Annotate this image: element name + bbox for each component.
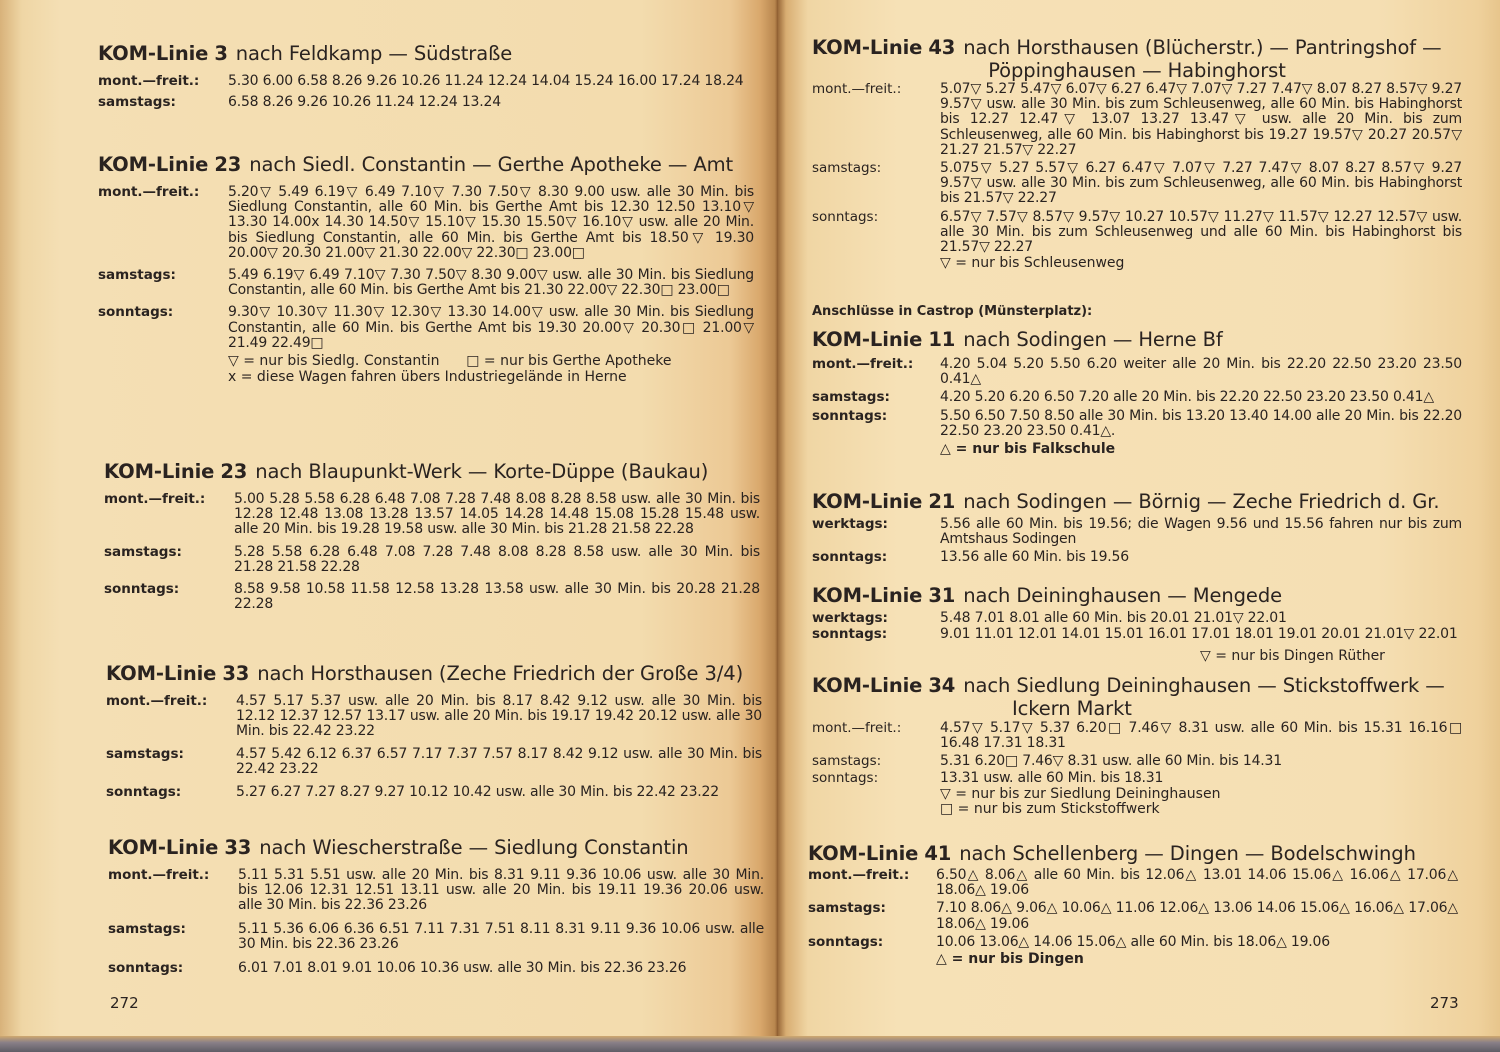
departure-times: 5.07▽ 5.27 5.47▽ 6.07▽ 6.27 6.47▽ 7.07▽ … xyxy=(940,82,1462,158)
departure-times: 5.31 6.20□ 7.46▽ 8.31 usw. alle 60 Min. … xyxy=(940,754,1462,769)
departure-times: 5.28 5.58 6.28 6.48 7.08 7.28 7.48 8.08 … xyxy=(234,545,760,575)
departure-times: 4.57 5.17 5.37 usw. alle 20 Min. bis 8.1… xyxy=(236,694,762,740)
day-label: sonntags: xyxy=(98,305,173,320)
route-title: KOM-Linie41nach Schellenberg — Dingen — … xyxy=(808,842,1458,865)
day-label: samstags: xyxy=(808,901,886,916)
day-label: mont.—freit.: xyxy=(812,82,901,97)
route-title: KOM-Linie33nach Horsthausen (Zeche Fried… xyxy=(106,662,762,685)
legend: ▽ = nur bis Schleusenweg xyxy=(940,256,1462,272)
day-label: werktags: xyxy=(812,611,888,626)
schedule-row: sonntags: 10.06 13.06△ 14.06 15.06△ alle… xyxy=(808,935,1458,950)
schedule-row: sonntags: 5.27 6.27 7.27 8.27 9.27 10.12… xyxy=(106,785,762,800)
legend-line: ▽ = nur bis zur Siedlung Deininghausen xyxy=(940,787,1462,802)
day-label: mont.—freit.: xyxy=(812,357,913,372)
departure-times: 5.20▽ 5.49 6.19▽ 6.49 7.10▽ 7.30 7.50▽ 8… xyxy=(228,185,754,261)
day-label: samstags: xyxy=(98,95,176,110)
schedule-row: samstags: 4.57 5.42 6.12 6.37 6.57 7.17 … xyxy=(106,747,762,777)
schedule-row: mont.—freit.: 5.30 6.00 6.58 8.26 9.26 1… xyxy=(98,74,754,89)
legend-line: △ = nur bis Falkschule xyxy=(940,442,1462,458)
schedule-row: samstags: 5.31 6.20□ 7.46▽ 8.31 usw. all… xyxy=(812,754,1462,769)
legend-line: ▽ = nur bis Dingen Rüther xyxy=(1200,648,1385,664)
section-heading: Anschlüsse in Castrop (Münsterplatz): xyxy=(812,304,1092,319)
departure-times: 7.10 8.06△ 9.06△ 10.06△ 11.06 12.06△ 13.… xyxy=(936,901,1458,931)
departure-times: 6.01 7.01 8.01 9.01 10.06 10.36 usw. all… xyxy=(238,961,764,976)
route-block: KOM-Linie33nach Wiescherstraße — Siedlun… xyxy=(108,836,764,976)
book-edge xyxy=(0,1036,1500,1052)
departure-times: 5.49 6.19▽ 6.49 7.10▽ 7.30 7.50▽ 8.30 9.… xyxy=(228,268,754,298)
departure-times: 5.11 5.36 6.06 6.36 6.51 7.11 7.31 7.51 … xyxy=(238,922,764,952)
day-label: mont.—freit.: xyxy=(104,492,205,507)
departure-times: 5.50 6.50 7.50 8.50 alle 30 Min. bis 13.… xyxy=(940,409,1462,439)
route-block: KOM-Linie23nach Siedl. Constantin — Gert… xyxy=(98,153,754,385)
route-title: KOM-Linie23nach Siedl. Constantin — Gert… xyxy=(98,153,754,176)
schedule-row: werktags: 5.48 7.01 8.01 alle 60 Min. bi… xyxy=(812,611,1462,626)
legend: △ = nur bis Falkschule xyxy=(940,442,1462,458)
schedule-row: mont.—freit.: 4.57 5.17 5.37 usw. alle 2… xyxy=(106,694,762,740)
departure-times: 9.30▽ 10.30▽ 11.30▽ 12.30▽ 13.30 14.00▽ … xyxy=(228,305,754,351)
day-label: sonntags: xyxy=(104,582,179,597)
schedule-row: samstags: 5.075▽ 5.27 5.57▽ 6.27 6.47▽ 7… xyxy=(812,161,1462,207)
route-title: KOM-Linie11nach Sodingen — Herne Bf xyxy=(812,328,1462,351)
route-title: KOM-Linie43nach Horsthausen (Blücherstr.… xyxy=(812,36,1462,82)
schedule-row: samstags: 5.11 5.36 6.06 6.36 6.51 7.11 … xyxy=(108,922,764,952)
day-label: sonntags: xyxy=(812,409,887,424)
day-label: mont.—freit.: xyxy=(108,868,209,883)
schedule-row: samstags: 4.20 5.20 6.20 6.50 7.20 alle … xyxy=(812,390,1462,405)
departure-times: 6.58 8.26 9.26 10.26 11.24 12.24 13.24 xyxy=(228,95,754,110)
day-label: sonntags: xyxy=(106,785,181,800)
day-label: mont.—freit.: xyxy=(808,868,909,883)
legend-line: ▽ = nur bis Siedlg. Constantin □ = nur b… xyxy=(228,354,754,370)
schedule-row: mont.—freit.: 5.00 5.28 5.58 6.28 6.48 7… xyxy=(104,492,760,538)
schedule-row: samstags: 6.58 8.26 9.26 10.26 11.24 12.… xyxy=(98,95,754,110)
day-label: werktags: xyxy=(812,517,888,532)
book-spread: KOM-Linie3nach Feldkamp — Südstraße mont… xyxy=(0,0,1500,1040)
day-label: sonntags: xyxy=(812,627,887,642)
schedule-row: samstags: 5.49 6.19▽ 6.49 7.10▽ 7.30 7.5… xyxy=(98,268,754,298)
day-label: sonntags: xyxy=(108,961,183,976)
departure-times: 6.57▽ 7.57▽ 8.57▽ 9.57▽ 10.27 10.57▽ 11.… xyxy=(940,210,1462,256)
legend-line: □ = nur bis zum Stickstoffwerk xyxy=(940,802,1462,817)
route-title: KOM-Linie3nach Feldkamp — Südstraße xyxy=(98,42,754,65)
departure-times: 5.48 7.01 8.01 alle 60 Min. bis 20.01 21… xyxy=(940,611,1462,626)
departure-times: 5.56 alle 60 Min. bis 19.56; die Wagen 9… xyxy=(940,517,1462,547)
route-block: KOM-Linie43nach Horsthausen (Blücherstr.… xyxy=(812,36,1462,272)
departure-times: 5.00 5.28 5.58 6.28 6.48 7.08 7.28 7.48 … xyxy=(234,492,760,538)
legend: △ = nur bis Dingen xyxy=(936,952,1458,968)
schedule-row: samstags: 7.10 8.06△ 9.06△ 10.06△ 11.06 … xyxy=(808,901,1458,931)
departure-times: 10.06 13.06△ 14.06 15.06△ alle 60 Min. b… xyxy=(936,935,1458,950)
departure-times: 4.57▽ 5.17▽ 5.37 6.20□ 7.46▽ 8.31 usw. a… xyxy=(940,721,1462,751)
route-title: KOM-Linie31nach Deininghausen — Mengede xyxy=(812,584,1462,607)
schedule-row: mont.—freit.: 6.50△ 8.06△ alle 60 Min. b… xyxy=(808,868,1458,898)
left-page: KOM-Linie3nach Feldkamp — Südstraße mont… xyxy=(0,0,778,1040)
page-number: 273 xyxy=(1430,994,1459,1012)
day-label: sonntags: xyxy=(812,210,878,225)
route-title: KOM-Linie34nach Siedlung Deininghausen —… xyxy=(812,674,1462,720)
schedule-row: sonntags: 5.50 6.50 7.50 8.50 alle 30 Mi… xyxy=(812,409,1462,439)
route-block: KOM-Linie21nach Sodingen — Börnig — Zech… xyxy=(812,490,1462,566)
day-label: samstags: xyxy=(104,545,182,560)
page-number: 272 xyxy=(110,994,139,1012)
route-title: KOM-Linie23nach Blaupunkt-Werk — Korte-D… xyxy=(104,460,760,483)
schedule-row: sonntags: 13.56 alle 60 Min. bis 19.56 xyxy=(812,550,1462,565)
day-label: samstags: xyxy=(812,390,890,405)
route-block: KOM-Linie34nach Siedlung Deininghausen —… xyxy=(812,674,1462,817)
schedule-row: mont.—freit.: 4.20 5.04 5.20 5.50 6.20 w… xyxy=(812,357,1462,387)
day-label: samstags: xyxy=(812,161,881,176)
route-block: KOM-Linie23nach Blaupunkt-Werk — Korte-D… xyxy=(104,460,760,612)
day-label: sonntags: xyxy=(812,550,887,565)
schedule-row: mont.—freit.: 5.11 5.31 5.51 usw. alle 2… xyxy=(108,868,764,914)
day-label: sonntags: xyxy=(812,771,878,786)
schedule-row: sonntags: 6.57▽ 7.57▽ 8.57▽ 9.57▽ 10.27 … xyxy=(812,210,1462,256)
departure-times: 5.11 5.31 5.51 usw. alle 20 Min. bis 8.3… xyxy=(238,868,764,914)
route-title: KOM-Linie33nach Wiescherstraße — Siedlun… xyxy=(108,836,764,859)
legend: ▽ = nur bis zur Siedlung Deininghausen □… xyxy=(940,787,1462,817)
day-label: mont.—freit.: xyxy=(106,694,207,709)
day-label: samstags: xyxy=(106,747,184,762)
schedule-row: sonntags: 13.31 usw. alle 60 Min. bis 18… xyxy=(812,771,1462,786)
route-block: KOM-Linie31nach Deininghausen — Mengede … xyxy=(812,584,1462,642)
legend-line: △ = nur bis Dingen xyxy=(936,952,1458,968)
day-label: samstags: xyxy=(98,268,176,283)
legend-line: x = diese Wagen fahren übers Industriege… xyxy=(228,370,754,386)
departure-times: 4.20 5.20 6.20 6.50 7.20 alle 20 Min. bi… xyxy=(940,390,1462,405)
departure-times: 4.57 5.42 6.12 6.37 6.57 7.17 7.37 7.57 … xyxy=(236,747,762,777)
departure-times: 13.31 usw. alle 60 Min. bis 18.31 xyxy=(940,771,1462,786)
route-block: KOM-Linie41nach Schellenberg — Dingen — … xyxy=(808,842,1458,968)
day-label: mont.—freit.: xyxy=(812,721,901,736)
route-block: KOM-Linie3nach Feldkamp — Südstraße mont… xyxy=(98,42,754,110)
route-block: KOM-Linie33nach Horsthausen (Zeche Fried… xyxy=(106,662,762,800)
schedule-row: samstags: 5.28 5.58 6.28 6.48 7.08 7.28 … xyxy=(104,545,760,575)
departure-times: 6.50△ 8.06△ alle 60 Min. bis 12.06△ 13.0… xyxy=(936,868,1458,898)
schedule-row: mont.—freit.: 4.57▽ 5.17▽ 5.37 6.20□ 7.4… xyxy=(812,721,1462,751)
schedule-row: mont.—freit.: 5.20▽ 5.49 6.19▽ 6.49 7.10… xyxy=(98,185,754,261)
day-label: samstags: xyxy=(108,922,186,937)
day-label: samstags: xyxy=(812,754,881,769)
departure-times: 8.58 9.58 10.58 11.58 12.58 13.28 13.58 … xyxy=(234,582,760,612)
departure-times: 13.56 alle 60 Min. bis 19.56 xyxy=(940,550,1462,565)
schedule-row: sonntags: 6.01 7.01 8.01 9.01 10.06 10.3… xyxy=(108,961,764,976)
schedule-row: sonntags: 9.01 11.01 12.01 14.01 15.01 1… xyxy=(812,627,1462,642)
legend: ▽ = nur bis Siedlg. Constantin □ = nur b… xyxy=(228,354,754,385)
schedule-row: sonntags: 8.58 9.58 10.58 11.58 12.58 13… xyxy=(104,582,760,612)
departure-times: 5.075▽ 5.27 5.57▽ 6.27 6.47▽ 7.07▽ 7.27 … xyxy=(940,161,1462,207)
schedule-row: sonntags: 9.30▽ 10.30▽ 11.30▽ 12.30▽ 13.… xyxy=(98,305,754,351)
day-label: mont.—freit.: xyxy=(98,74,199,89)
departure-times: 4.20 5.04 5.20 5.50 6.20 weiter alle 20 … xyxy=(940,357,1462,387)
route-title: KOM-Linie21nach Sodingen — Börnig — Zech… xyxy=(812,490,1462,513)
departure-times: 9.01 11.01 12.01 14.01 15.01 16.01 17.01… xyxy=(940,627,1462,642)
day-label: sonntags: xyxy=(808,935,883,950)
departure-times: 5.27 6.27 7.27 8.27 9.27 10.12 10.42 usw… xyxy=(236,785,762,800)
legend-line: ▽ = nur bis Schleusenweg xyxy=(940,256,1462,272)
schedule-row: mont.—freit.: 5.07▽ 5.27 5.47▽ 6.07▽ 6.2… xyxy=(812,82,1462,158)
departure-times: 5.30 6.00 6.58 8.26 9.26 10.26 11.24 12.… xyxy=(228,74,754,89)
day-label: mont.—freit.: xyxy=(98,185,199,200)
schedule-row: werktags: 5.56 alle 60 Min. bis 19.56; d… xyxy=(812,517,1462,547)
route-block: KOM-Linie11nach Sodingen — Herne Bf mont… xyxy=(812,328,1462,458)
